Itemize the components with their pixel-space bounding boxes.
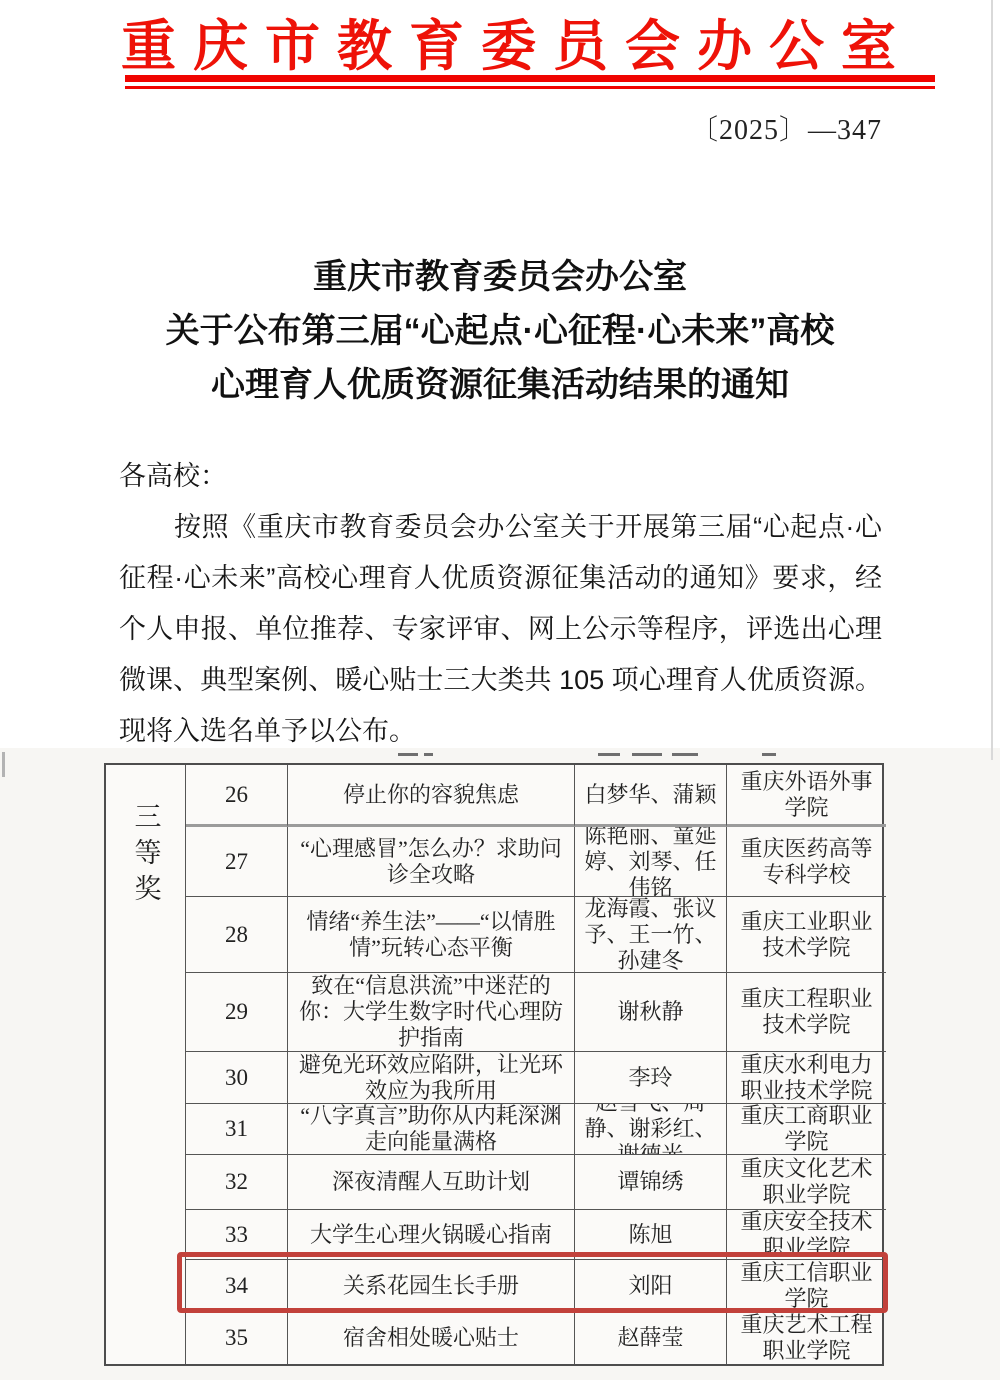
institution: 重庆外语外事学院: [727, 765, 886, 827]
row-number: 31: [186, 1104, 288, 1155]
row-number: 29: [186, 973, 288, 1052]
row-number: 30: [186, 1052, 288, 1104]
institution: 重庆安全技术职业学院: [727, 1210, 886, 1260]
work-title: 大学生心理火锅暖心指南: [288, 1210, 575, 1260]
row-number-highlighted: 34: [186, 1260, 288, 1312]
authors: 白梦华、蒲颖: [575, 765, 727, 827]
notice-document: 重庆市教育委员会办公室 〔2025〕—347 重庆市教育委员会办公室 关于公布第…: [0, 0, 1000, 1380]
notice-title-line3: 心理育人优质资源征集活动结果的通知: [0, 358, 1000, 412]
body-line: 征程·心未来”高校心理育人优质资源征集活动的通知》要求，经: [119, 553, 882, 604]
institution: 重庆工程职业技术学院: [727, 973, 886, 1052]
award-category-label: 三等奖: [133, 802, 159, 910]
letterhead-title: 重庆市教育委员会办公室: [0, 2, 1000, 81]
row-number: 28: [186, 897, 288, 973]
clipped-text-artifact: [424, 753, 433, 756]
authors: 谢秋静: [575, 973, 727, 1052]
authors: 陈旭: [575, 1210, 727, 1260]
work-title-highlighted: 关系花园生长手册: [288, 1260, 575, 1312]
salutation: 各高校：: [119, 451, 882, 502]
authors: 陈艳丽、童延婷、刘琴、任伟铭: [575, 827, 727, 897]
notice-title-line1: 重庆市教育委员会办公室: [0, 250, 1000, 304]
institution: 重庆工业职业技术学院: [727, 897, 886, 973]
work-title: 停止你的容貌焦虑: [288, 765, 575, 827]
institution: 重庆工商职业学院: [727, 1104, 886, 1155]
award-category-cell: 三等奖: [106, 765, 186, 1364]
authors: 李玲: [575, 1052, 727, 1104]
letterhead-rule-thin: [125, 86, 935, 89]
authors: 谭锦绣: [575, 1155, 727, 1210]
institution: 重庆医药高等专科学校: [727, 827, 886, 897]
institution: 重庆艺术工程职业学院: [727, 1312, 886, 1364]
row-number: 35: [186, 1312, 288, 1364]
page-edge-artifact: [2, 752, 5, 777]
authors-highlighted: 刘阳: [575, 1260, 727, 1312]
row-number: 26: [186, 765, 288, 827]
work-title: “心理感冒”怎么办？求助问诊全攻略: [288, 827, 575, 897]
body-line: 微课、典型案例、暖心贴士三大类共 105 项心理育人优质资源。: [119, 655, 882, 706]
row-number: 32: [186, 1155, 288, 1210]
award-table: 三等奖 26 停止你的容貌焦虑 白梦华、蒲颖 重庆外语外事学院 27 “心理感冒…: [104, 763, 884, 1366]
notice-body: 各高校： 按照《重庆市教育委员会办公室关于开展第三届“心起点·心 征程·心未来”…: [119, 451, 882, 757]
work-title: 避免光环效应陷阱，让光环效应为我所用: [288, 1052, 575, 1104]
authors: 龙海霞、张议予、王一竹、孙建冬: [575, 897, 727, 973]
clipped-text-artifact: [632, 753, 662, 756]
institution: 重庆文化艺术职业学院: [727, 1155, 886, 1210]
clipped-text-artifact: [762, 753, 776, 756]
doc-number: 〔2025〕—347: [690, 108, 882, 148]
row-number: 33: [186, 1210, 288, 1260]
notice-title: 重庆市教育委员会办公室 关于公布第三届“心起点·心征程·心未来”高校 心理育人优…: [0, 250, 1000, 412]
page-edge-line: [991, 0, 993, 760]
institution: 重庆水利电力职业技术学院: [727, 1052, 886, 1104]
body-line: 个人申报、单位推荐、专家评审、网上公示等程序，评选出心理: [119, 604, 882, 655]
letterhead-rule-thick: [125, 75, 935, 82]
work-title: 深夜清醒人互助计划: [288, 1155, 575, 1210]
row-number: 27: [186, 827, 288, 897]
clipped-text-artifact: [398, 753, 418, 756]
clipped-text-artifact: [598, 753, 620, 756]
work-title: 情绪“养生法”——“以情胜情”玩转心态平衡: [288, 897, 575, 973]
institution-highlighted: 重庆工信职业学院: [727, 1260, 886, 1312]
authors: 赵雪飞、周静、谢彩红、谢德光: [575, 1104, 727, 1155]
clipped-text-artifact: [672, 753, 698, 756]
work-title: 致在“信息洪流”中迷茫的你：大学生数字时代心理防护指南: [288, 973, 575, 1052]
work-title: “八字真言”助你从内耗深渊走向能量满格: [288, 1104, 575, 1155]
work-title: 宿舍相处暖心贴士: [288, 1312, 575, 1364]
body-line: 按照《重庆市教育委员会办公室关于开展第三届“心起点·心: [119, 502, 882, 553]
authors: 赵薛莹: [575, 1312, 727, 1364]
notice-title-line2: 关于公布第三届“心起点·心征程·心未来”高校: [0, 304, 1000, 358]
